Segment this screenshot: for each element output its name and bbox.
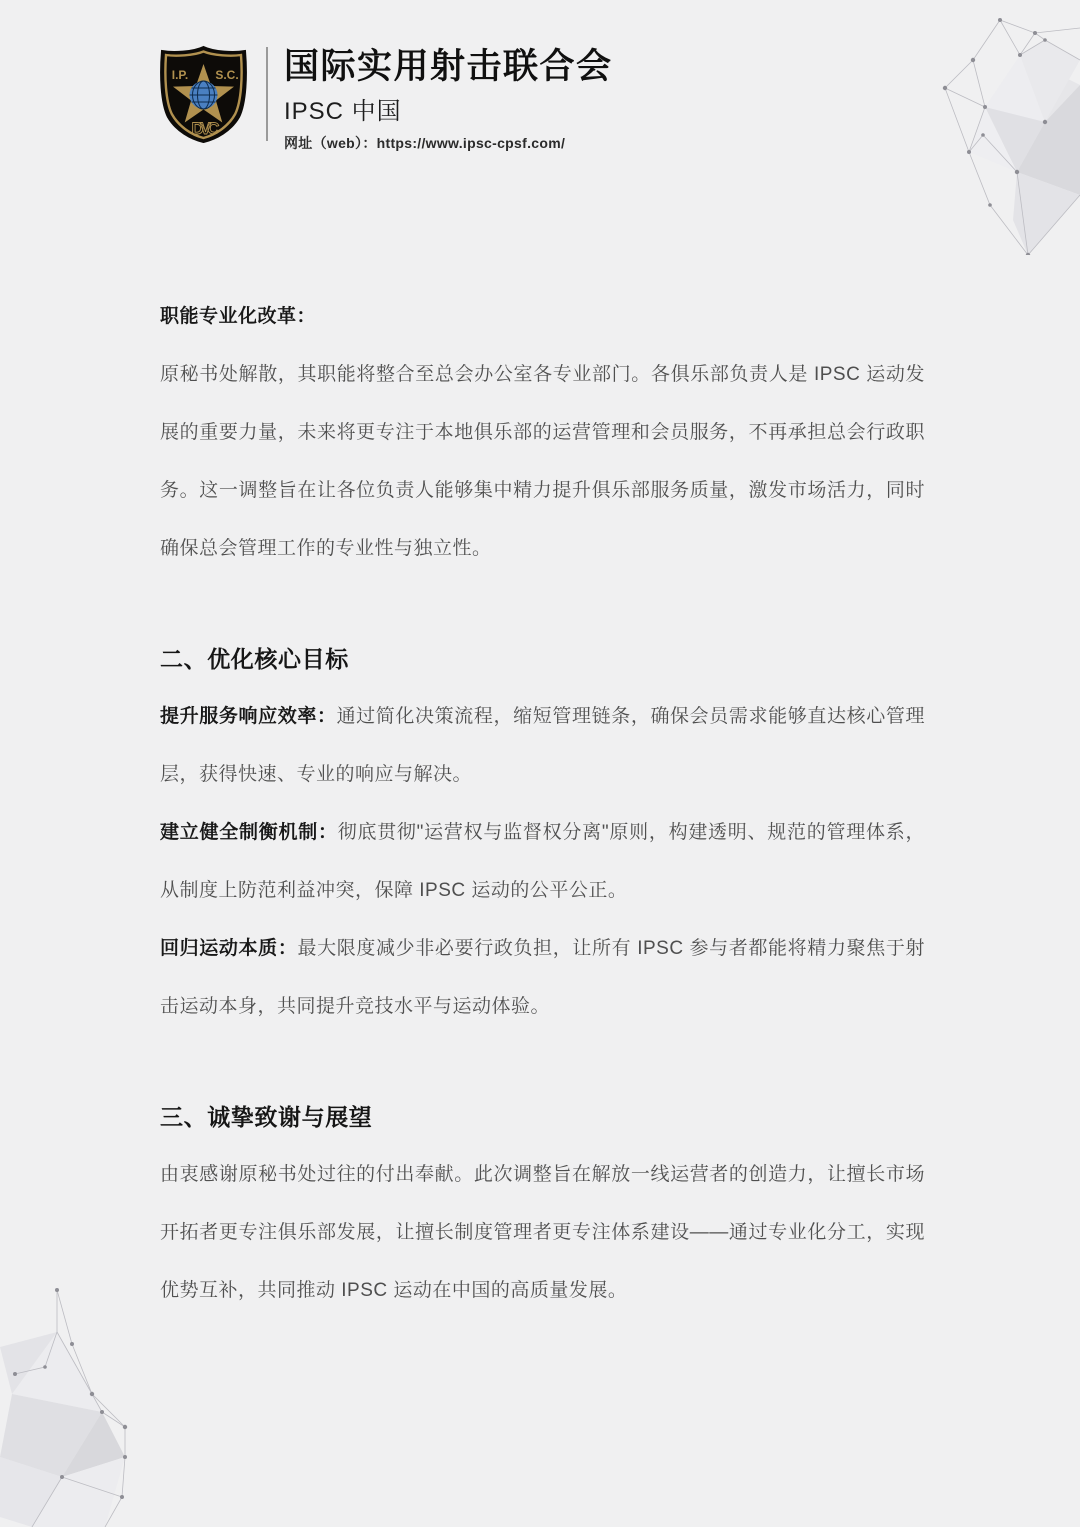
goal-item-essence: 回归运动本质：最大限度减少非必要行政负担，让所有 IPSC 参与者都能将精力聚焦… bbox=[160, 920, 925, 1036]
org-title: 国际实用射击联合会 bbox=[284, 47, 613, 86]
ipsc-logo-icon: I.P. S.C. DVC bbox=[155, 45, 252, 144]
logo-label-right: S.C. bbox=[215, 68, 238, 82]
paragraph-lead-reform: 职能专业化改革： bbox=[160, 288, 925, 346]
goal-item-response: 提升服务响应效率：通过简化决策流程，缩短管理链条，确保会员需求能够直达核心管理层… bbox=[160, 688, 925, 804]
paragraph-gratitude: 由衷感谢原秘书处过往的付出奉献。此次调整旨在解放一线运营者的创造力，让擅长市场开… bbox=[160, 1146, 925, 1320]
paragraph-reform-detail: 原秘书处解散，其职能将整合至总会办公室各专业部门。各俱乐部负责人是 IPSC 运… bbox=[160, 346, 925, 578]
letterhead: I.P. S.C. DVC 国际实用射击联合会 IPSC 中国 网址（web）：… bbox=[155, 45, 613, 153]
header-text-block: 国际实用射击联合会 IPSC 中国 网址（web）：https://www.ip… bbox=[284, 45, 613, 153]
logo-label-left: I.P. bbox=[172, 68, 188, 82]
goal-item-checks-lead: 建立健全制衡机制： bbox=[160, 822, 338, 843]
document-page: I.P. S.C. DVC 国际实用射击联合会 IPSC 中国 网址（web）：… bbox=[0, 0, 1080, 1527]
header-divider bbox=[266, 47, 268, 141]
logo-monogram: DVC bbox=[192, 119, 220, 138]
goal-item-response-lead: 提升服务响应效率： bbox=[160, 706, 337, 727]
document-body: 职能专业化改革： 原秘书处解散，其职能将整合至总会办公室各专业部门。各俱乐部负责… bbox=[160, 288, 925, 1320]
goal-item-essence-lead: 回归运动本质： bbox=[160, 938, 297, 959]
org-website: 网址（web）：https://www.ipsc-cpsf.com/ bbox=[284, 133, 613, 153]
polygon-decoration-top-right bbox=[925, 0, 1080, 255]
section-heading-2: 二、优化核心目标 bbox=[160, 630, 925, 688]
goal-item-checks: 建立健全制衡机制：彻底贯彻"运营权与监督权分离"原则，构建透明、规范的管理体系，… bbox=[160, 804, 925, 920]
section-heading-3: 三、诚挚致谢与展望 bbox=[160, 1088, 925, 1146]
org-subtitle: IPSC 中国 bbox=[284, 91, 613, 126]
